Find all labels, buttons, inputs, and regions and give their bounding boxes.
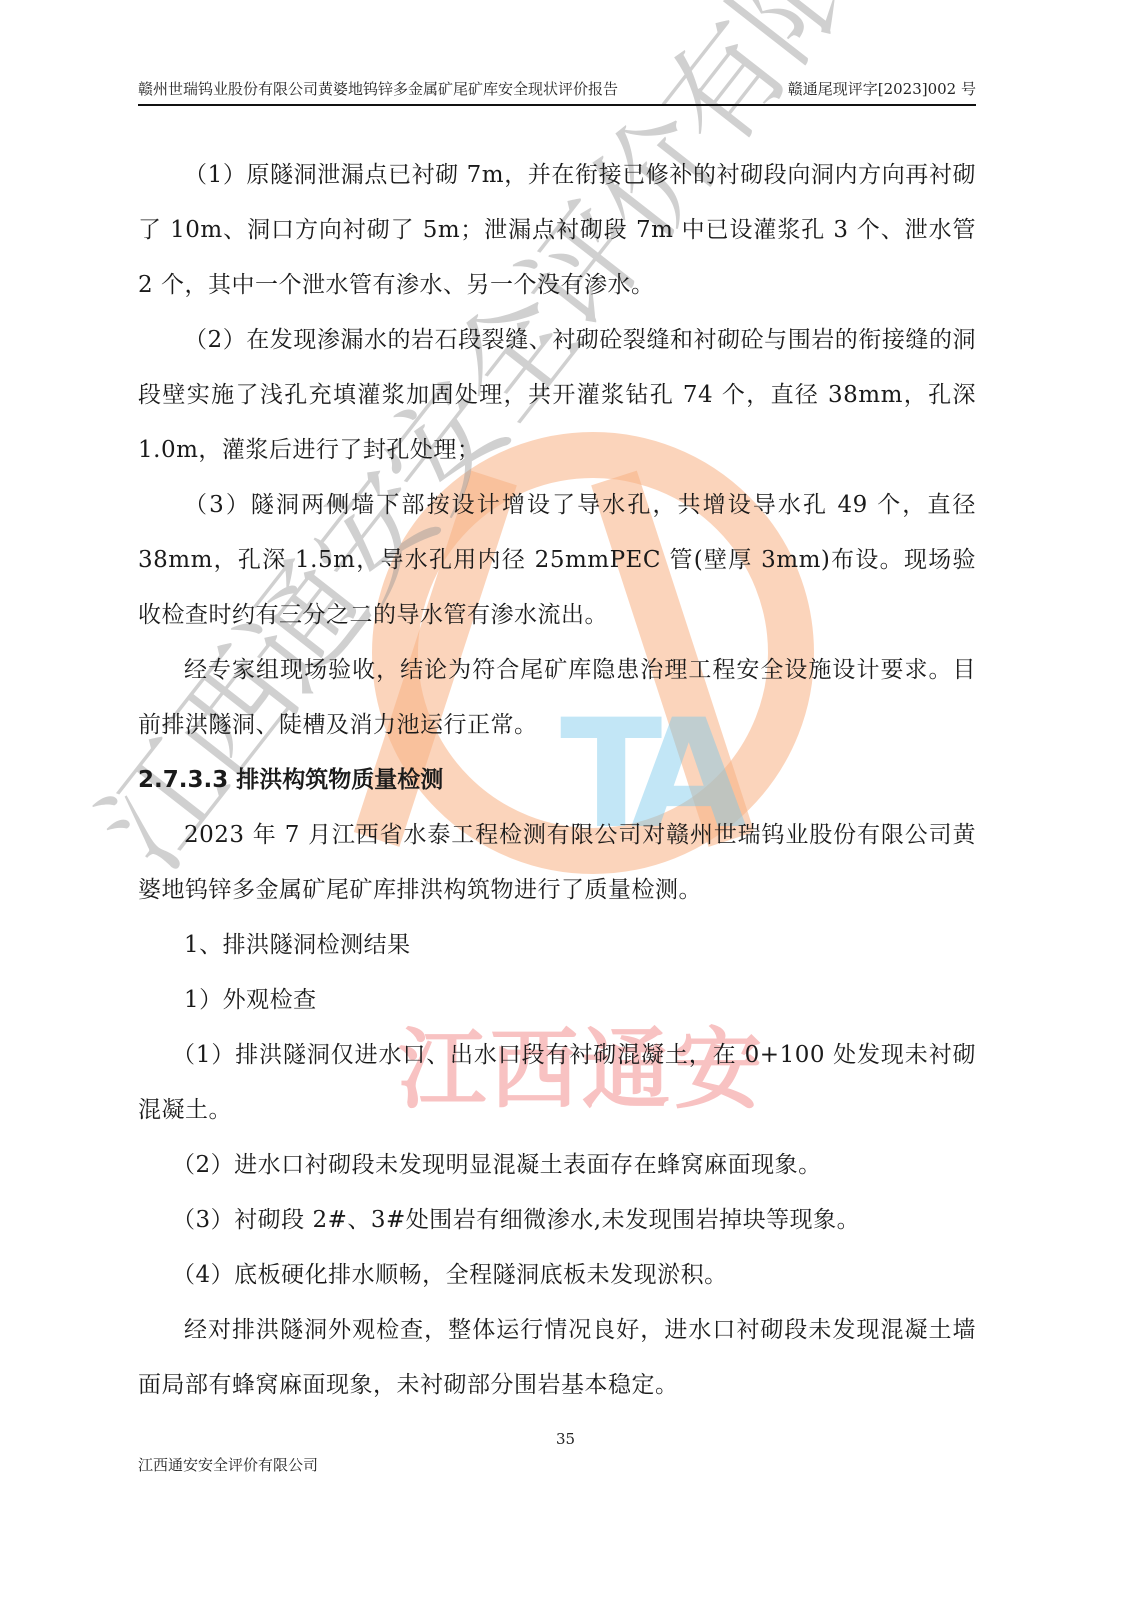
paragraph-item-2: （2）在发现渗漏水的岩石段裂缝、衬砌砼裂缝和衬砌砼与围岩的衔接缝的洞段壁实施了浅… xyxy=(138,313,976,478)
page-content: 赣州世瑞钨业股份有限公司黄婆地钨锌多金属矿尾矿库安全现状评价报告 赣通尾现评字[… xyxy=(0,0,1131,1600)
subheading-visual-inspection: 1）外观检查 xyxy=(138,973,976,1028)
paragraph-summary: 经对排洪隧洞外观检查，整体运行情况良好，进水口衬砌段未发现混凝土墙面局部有蜂窝麻… xyxy=(138,1303,976,1413)
finding-item-2: （2）进水口衬砌段未发现明显混凝土表面存在蜂窝麻面现象。 xyxy=(138,1138,976,1193)
running-header: 赣州世瑞钨业股份有限公司黄婆地钨锌多金属矿尾矿库安全现状评价报告 赣通尾现评字[… xyxy=(138,78,976,104)
footer-company: 江西通安安全评价有限公司 xyxy=(138,1454,318,1475)
paragraph-inspection-intro: 2023 年 7 月江西省水泰工程检测有限公司对赣州世瑞钨业股份有限公司黄婆地钨… xyxy=(138,808,976,918)
paragraph-item-3: （3）隧洞两侧墙下部按设计增设了导水孔，共增设导水孔 49 个，直径 38mm，… xyxy=(138,478,976,643)
body-text: （1）原隧洞泄漏点已衬砌 7m，并在衔接已修补的衬砌段向洞内方向再衬砌了 10m… xyxy=(138,148,976,1413)
section-heading: 2.7.3.3 排洪构筑物质量检测 xyxy=(138,753,976,808)
paragraph-item-1: （1）原隧洞泄漏点已衬砌 7m，并在衔接已修补的衬砌段向洞内方向再衬砌了 10m… xyxy=(138,148,976,313)
page-number: 35 xyxy=(0,1430,1131,1448)
finding-item-1: （1）排洪隧洞仅进水口、出水口段有衬砌混凝土，在 0+100 处发现未衬砌混凝土… xyxy=(138,1028,976,1138)
document-page: TA 江西通安 江西通安安全评价有限公司 赣州世瑞钨业股份有限公司黄婆地钨锌多金… xyxy=(0,0,1131,1600)
finding-item-4: （4）底板硬化排水顺畅，全程隧洞底板未发现淤积。 xyxy=(138,1248,976,1303)
paragraph-conclusion: 经专家组现场验收，结论为符合尾矿库隐患治理工程安全设施设计要求。目前排洪隧洞、陡… xyxy=(138,643,976,753)
finding-item-3: （3）衬砌段 2#、3#处围岩有细微渗水,未发现围岩掉块等现象。 xyxy=(138,1193,976,1248)
subheading-tunnel-results: 1、排洪隧洞检测结果 xyxy=(138,918,976,973)
header-report-number: 赣通尾现评字[2023]002 号 xyxy=(788,78,976,99)
header-report-title: 赣州世瑞钨业股份有限公司黄婆地钨锌多金属矿尾矿库安全现状评价报告 xyxy=(138,78,618,99)
header-divider xyxy=(138,104,976,106)
